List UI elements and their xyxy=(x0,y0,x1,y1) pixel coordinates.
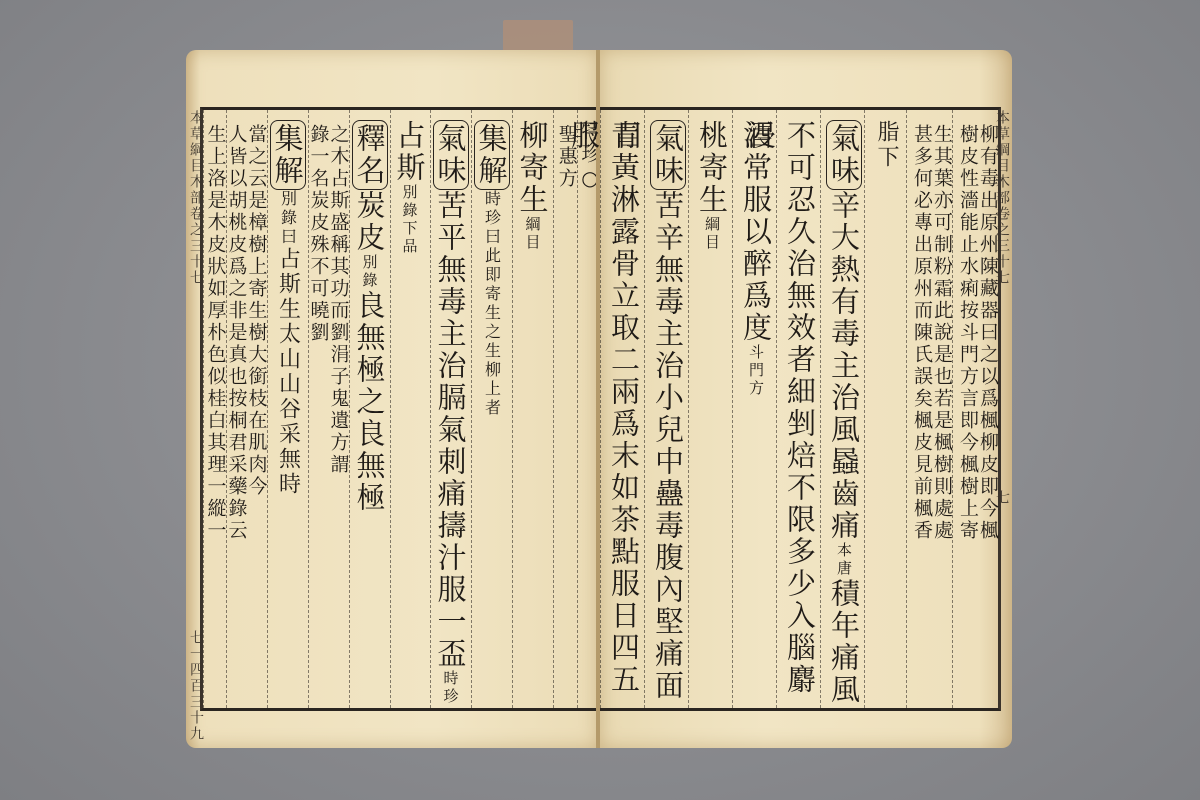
entry-title: 桃寄生 xyxy=(695,120,729,216)
category-note: 綱目 xyxy=(703,216,721,252)
column-text: 良無極之良無極 xyxy=(353,290,387,514)
left-folio: 七一四百三十九 xyxy=(186,630,206,742)
source-citation: 本唐 xyxy=(835,542,853,578)
column-r2: 生其葉亦可制粉霜此說是也若是楓樹則處處 甚多何必專出原州而陳氏誤矣楓皮見前楓香 xyxy=(906,110,952,708)
column-l8: 之木占斯盛稱其功而劉涓子鬼遺方謂 錄一名炭皮殊不可曉劉 xyxy=(308,110,349,708)
entry-title: 占斯 xyxy=(393,120,427,184)
annotation-line: 當之云是樟樹上寄生樹大銜枝在肌肉今 xyxy=(247,124,267,708)
entry-title: 柳寄生 xyxy=(516,120,550,216)
column-text: 脂下 xyxy=(874,120,899,170)
category-note: 別錄下品 xyxy=(401,184,419,256)
section-label: 氣味 xyxy=(650,120,686,190)
folio-number: 七一 xyxy=(188,630,204,662)
left-page: 特珍○ 聖惠方 柳寄生綱目 集解時珍曰此即寄生之生柳上者 氣味苦平無毒主治膈氣刺… xyxy=(186,50,598,748)
folio-number: 七 xyxy=(994,490,1010,506)
section-label: 集解 xyxy=(270,120,306,190)
volume-number: 卷之三十七 xyxy=(188,206,204,286)
column-text: 辛大熱有毒主治風蟁齒痛 xyxy=(827,190,861,542)
right-folio: 七 xyxy=(992,490,1012,506)
right-fold-margin: 本草綱目木部卷之三十七 xyxy=(992,110,1012,286)
annotation: 別錄曰 xyxy=(279,190,298,247)
column-text: 苦平無毒主治膈氣刺痛擣汁服一盃 xyxy=(434,190,468,670)
annotation-line: 生其葉亦可制粉霜此說是也若是楓樹則處處 xyxy=(932,124,952,708)
column-text: 生上洛是木皮狀如厚朴色似桂白其理一縱一 xyxy=(205,124,227,542)
section-label: 釋名 xyxy=(352,120,388,190)
book-title: 本草綱目木部 xyxy=(994,110,1010,206)
left-print-frame: 特珍○ 聖惠方 柳寄生綱目 集解時珍曰此即寄生之生柳上者 氣味苦平無毒主治膈氣刺… xyxy=(200,107,601,711)
category-note: 綱目 xyxy=(524,216,542,252)
column-l9: 集解別錄曰占斯生太山山谷采無時 xyxy=(267,110,308,708)
column-l7: 釋名炭皮別錄良無極之良無極 xyxy=(349,110,390,708)
column-l10: 當之云是樟樹上寄生樹大銜枝在肌肉今 人皆以胡桃皮爲之非是真也按桐君采藥錄云 xyxy=(226,110,267,708)
column-text: 酒常服以醉爲度 xyxy=(739,120,773,344)
column-text: 炭皮 xyxy=(353,190,387,254)
page-number: 四百三十九 xyxy=(188,662,204,742)
volume-number: 卷之三十七 xyxy=(994,206,1010,286)
column-l6: 占斯別錄下品 xyxy=(390,110,430,708)
annotation-line: 樹皮性濇能止水痢按斗門方言即今楓樹上寄 xyxy=(958,124,978,708)
annotation-line: 人皆以胡桃皮爲之非是真也按桐君采藥錄云 xyxy=(227,124,247,708)
section-label: 氣味 xyxy=(433,120,469,190)
column-r5: 不可忍久治無效者細剉焙不限多少入腦麝浸 xyxy=(776,110,820,708)
annotation-line: 錄一名炭皮殊不可曉劉 xyxy=(309,124,329,708)
annotation: 別錄 xyxy=(361,254,379,290)
annotation-line: 之木占斯盛稱其功而劉涓子鬼遺方謂 xyxy=(329,124,349,708)
column-r7: 桃寄生綱目 xyxy=(688,110,732,708)
annotation-line: 甚多何必專出原州而陳氏誤矣楓皮見前楓香 xyxy=(912,124,932,708)
column-r4: 氣味辛大熱有毒主治風蟁齒痛本唐積年痛風 xyxy=(820,110,864,708)
column-r6: 酒常服以醉爲度斗門方 xyxy=(732,110,776,708)
right-print-frame: 柳有毒出原州陳藏器曰之以爲楓柳皮即今楓 樹皮性濇能止水痢按斗門方言即今楓樹上寄 … xyxy=(600,107,1001,711)
column-l3: 柳寄生綱目 xyxy=(512,110,553,708)
book-title: 本草綱目木部 xyxy=(188,110,204,206)
column-r3: 脂下 xyxy=(864,110,906,708)
annotation: 時珍曰此即寄生之生柳上者 xyxy=(483,190,502,418)
section-label: 氣味 xyxy=(826,120,862,190)
source-citation: 斗門方 xyxy=(747,344,765,398)
column-l5: 氣味苦平無毒主治膈氣刺痛擣汁服一盃時珍 xyxy=(430,110,471,708)
column-text: 積年痛風 xyxy=(827,578,861,706)
open-book: 特珍○ 聖惠方 柳寄生綱目 集解時珍曰此即寄生之生柳上者 氣味苦平無毒主治膈氣刺… xyxy=(186,50,1012,748)
section-label: 集解 xyxy=(474,120,510,190)
left-fold-margin: 本草綱目木部卷之三十七 xyxy=(186,110,206,286)
column-r9: 青黃淋露骨立取二兩爲末如茶點服日四五服 xyxy=(600,110,644,708)
column-l11: 生上洛是木皮狀如厚朴色似桂白其理一縱一 xyxy=(203,110,226,708)
column-r8: 氣味苦辛無毒主治小兒中蠱毒腹內堅痛面目 xyxy=(644,110,688,708)
column-text: 占斯生太山山谷采無時 xyxy=(276,247,301,497)
source-citation: 時珍 xyxy=(442,670,460,706)
right-page: 柳有毒出原州陳藏器曰之以爲楓柳皮即今楓 樹皮性濇能止水痢按斗門方言即今楓樹上寄 … xyxy=(600,50,1012,748)
column-l2: 聖惠方 xyxy=(553,110,577,708)
column-l4: 集解時珍曰此即寄生之生柳上者 xyxy=(471,110,512,708)
